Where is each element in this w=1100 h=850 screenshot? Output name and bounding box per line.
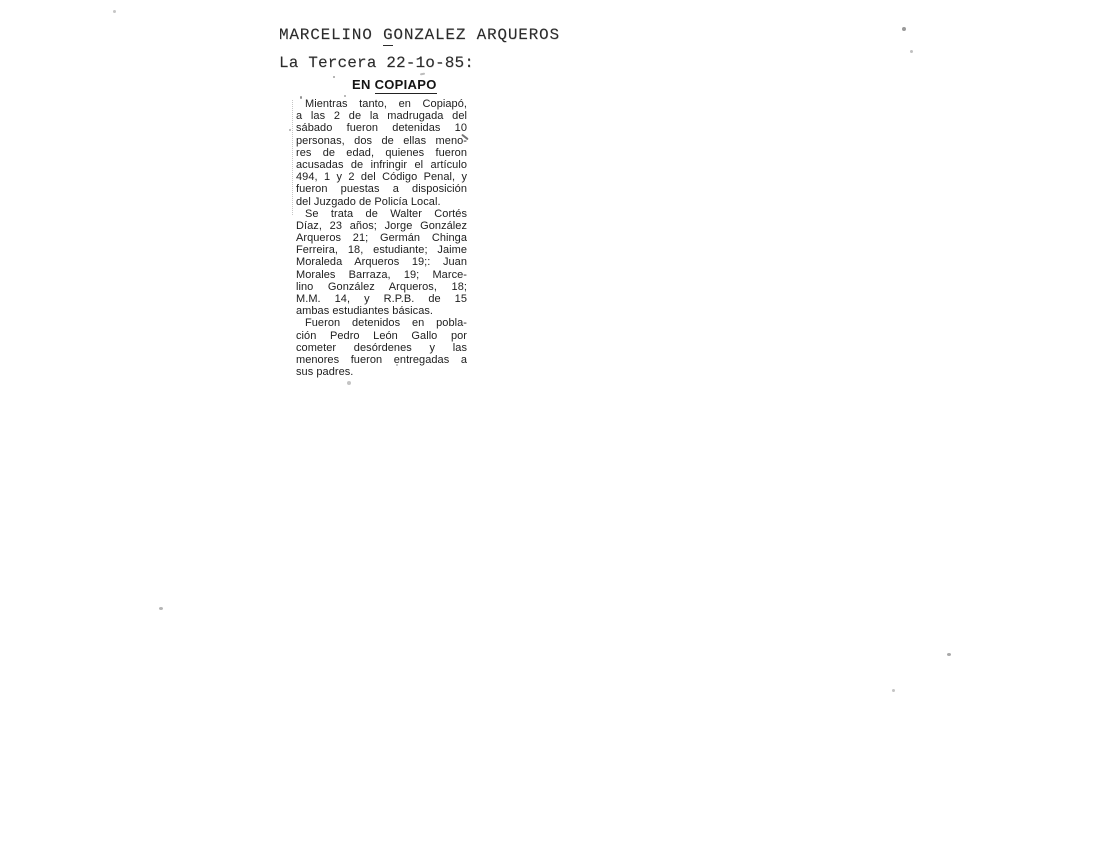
clipping-headline: EN COPIAPO	[352, 77, 437, 92]
article-line: cometer desórdenes y las	[296, 342, 467, 354]
scan-speck	[347, 381, 351, 385]
scan-speck	[289, 129, 291, 131]
article-line: fueron puestas a disposición	[296, 183, 467, 195]
scan-speck	[344, 95, 346, 97]
article-line: ción Pedro León Gallo por	[296, 330, 467, 342]
scan-speck	[159, 607, 163, 610]
typed-name-pre: MARCELINO	[279, 26, 383, 44]
scan-speck	[420, 73, 425, 75]
scan-speck	[300, 96, 302, 99]
article-line: Ferreira, 18, estudiante; Jaime	[296, 244, 467, 256]
scan-speck	[910, 50, 913, 53]
article-line: ambas estudiantes básicas.	[296, 305, 467, 317]
article-line: acusadas de infringir el artículo	[296, 159, 467, 171]
typed-name-line: MARCELINO GONZALEZ ARQUEROS	[279, 26, 560, 44]
article-line: del Juzgado de Policía Local.	[296, 196, 467, 208]
article-line: Díaz, 23 años; Jorge González	[296, 220, 467, 232]
headline-underlined: COPIAPO	[375, 77, 437, 94]
article-line: Arqueros 21; Germán Chinga	[296, 232, 467, 244]
article-line: res de edad, quienes fueron	[296, 147, 467, 159]
article-line: menores fueron entregadas a	[296, 354, 467, 366]
typed-source-line: La Tercera 22-1o-85:	[279, 54, 474, 72]
article-line: lino González Arqueros, 18;	[296, 281, 467, 293]
scan-speck	[902, 27, 906, 31]
article-line: 494, 1 y 2 del Código Penal, y	[296, 171, 467, 183]
article-line: personas, dos de ellas meno-	[296, 135, 467, 147]
article-line: Moraleda Arqueros 19;: Juan	[296, 256, 467, 268]
scan-speck	[113, 10, 116, 13]
scan-speck	[892, 689, 895, 692]
article-line: Fueron detenidos en pobla-	[296, 317, 467, 329]
scan-speck	[396, 364, 398, 366]
article-body: Mientras tanto, en Copiapó,a las 2 de la…	[296, 98, 467, 378]
article-line: Morales Barraza, 19; Marce-	[296, 269, 467, 281]
article-line: sus padres.	[296, 366, 467, 378]
scan-speck	[333, 76, 335, 78]
article-line: Mientras tanto, en Copiapó,	[296, 98, 467, 110]
article-line: a las 2 de la madrugada del	[296, 110, 467, 122]
typed-name-underlined-char: G	[383, 26, 393, 46]
scanned-page: MARCELINO GONZALEZ ARQUEROS La Tercera 2…	[0, 0, 1100, 850]
torn-paper-edge	[292, 100, 293, 215]
article-line: sábado fueron detenidas 10	[296, 122, 467, 134]
scan-speck	[947, 653, 951, 656]
typed-name-post: ONZALEZ ARQUEROS	[393, 26, 559, 44]
article-line: Se trata de Walter Cortés	[296, 208, 467, 220]
headline-pre: EN	[352, 77, 375, 92]
article-line: M.M. 14, y R.P.B. de 15	[296, 293, 467, 305]
